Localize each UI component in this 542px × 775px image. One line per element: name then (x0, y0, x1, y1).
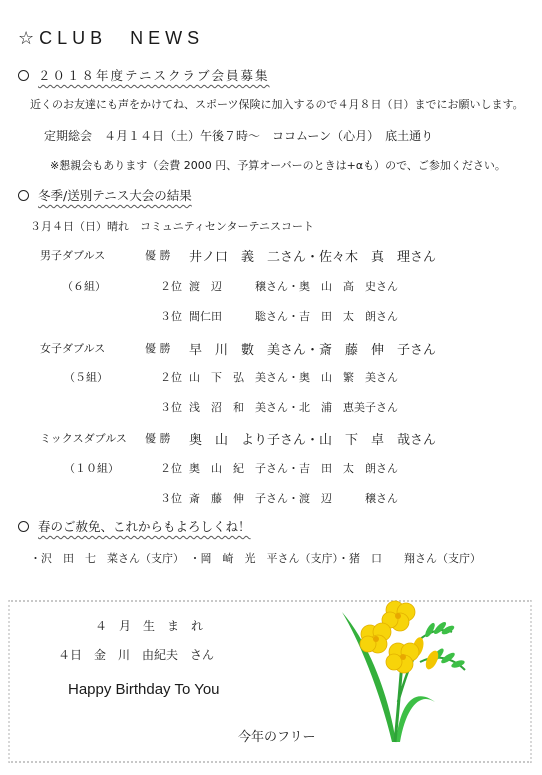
section-heading-tournament: 冬季/送別テニス大会の結果 (18, 186, 192, 204)
circle-bullet-icon (18, 70, 29, 81)
rank-label: 優 勝 (145, 430, 171, 446)
third-place-names: 間仁田 聡さん・吉 田 太 朗さん (189, 308, 398, 324)
winner-names: 早 川 數 美さん・斎 藤 伸 子さん (189, 339, 436, 358)
third-place-names: 浅 沼 和 美さん・北 浦 恵美子さん (189, 399, 398, 415)
third-place-names: 斎 藤 伸 子さん・渡 辺 穣さん (189, 490, 398, 506)
rank-label: 優 勝 (145, 247, 171, 263)
page-title: ☆CLUB NEWS (18, 24, 204, 50)
rank-label: ３位 (160, 308, 182, 324)
rank-label: ２位 (160, 460, 182, 476)
recruitment-notice: 近くのお友達にも声をかけてね、スポーツ保険に加入するので４月８日（日）までにお願… (30, 96, 524, 112)
birthday-greeting: Happy Birthday To You (68, 681, 220, 698)
second-place-names: 奥 山 紀 子さん・吉 田 太 朗さん (189, 460, 398, 476)
event-name-mixed-doubles: ミックスダブルス (40, 430, 127, 446)
circle-bullet-icon (18, 190, 29, 201)
winner-names: 井ノ口 義 二さん・佐々木 真 理さん (189, 246, 436, 265)
team-count: （６組） (62, 278, 106, 294)
birthday-person: ４日 金 川 由紀夫 さん (58, 646, 214, 663)
circle-bullet-icon (18, 521, 29, 532)
section-heading-text: ２０１８年度テニスクラブ会員募集 (38, 68, 270, 83)
team-count: （５組） (64, 369, 108, 385)
flower-caption: 今年のフリー (238, 726, 315, 745)
team-count: （１０組） (64, 460, 119, 476)
section-heading-text: 春のご赦免、これからもよろしくね！ (38, 519, 251, 534)
section-heading-text: 冬季/送別テニス大会の結果 (38, 188, 192, 203)
second-place-names: 山 下 弘 美さん・奥 山 繁 美さん (189, 369, 398, 385)
section-heading-recruitment: ２０１８年度テニスクラブ会員募集 (18, 66, 270, 84)
rank-label: ３位 (160, 490, 182, 506)
social-gathering-note: ※懇親会もあります（会費 2000 円、予算オーバーのときは+αも）ので、ご参加… (50, 157, 506, 173)
transferring-members: ・沢 田 七 菜さん（支庁） ・岡 崎 光 平さん（支庁）・猪 口 翔さん（支庁… (30, 550, 481, 566)
winner-names: 奥 山 より子さん・山 下 卓 哉さん (189, 429, 436, 448)
event-name-mens-doubles: 男子ダブルス (40, 247, 105, 263)
section-heading-transfers: 春のご赦免、これからもよろしくね！ (18, 517, 251, 535)
second-place-names: 渡 辺 穣さん・奥 山 高 史さん (189, 278, 398, 294)
tournament-date-line: ３月４日（日）晴れ コミュニティセンターテニスコート (30, 218, 314, 234)
rank-label: ２位 (160, 278, 182, 294)
rank-label: ３位 (160, 399, 182, 415)
rank-label: ２位 (160, 369, 182, 385)
event-name-womens-doubles: 女子ダブルス (40, 340, 105, 356)
birthday-month-heading: ４ 月 生 ま れ (95, 617, 203, 634)
general-meeting-info: 定期総会 ４月１４日（土）午後７時～ ココムーン（心月） 底土通り (44, 127, 433, 144)
rank-label: 優 勝 (145, 340, 171, 356)
freesia-flower-icon (340, 592, 480, 756)
